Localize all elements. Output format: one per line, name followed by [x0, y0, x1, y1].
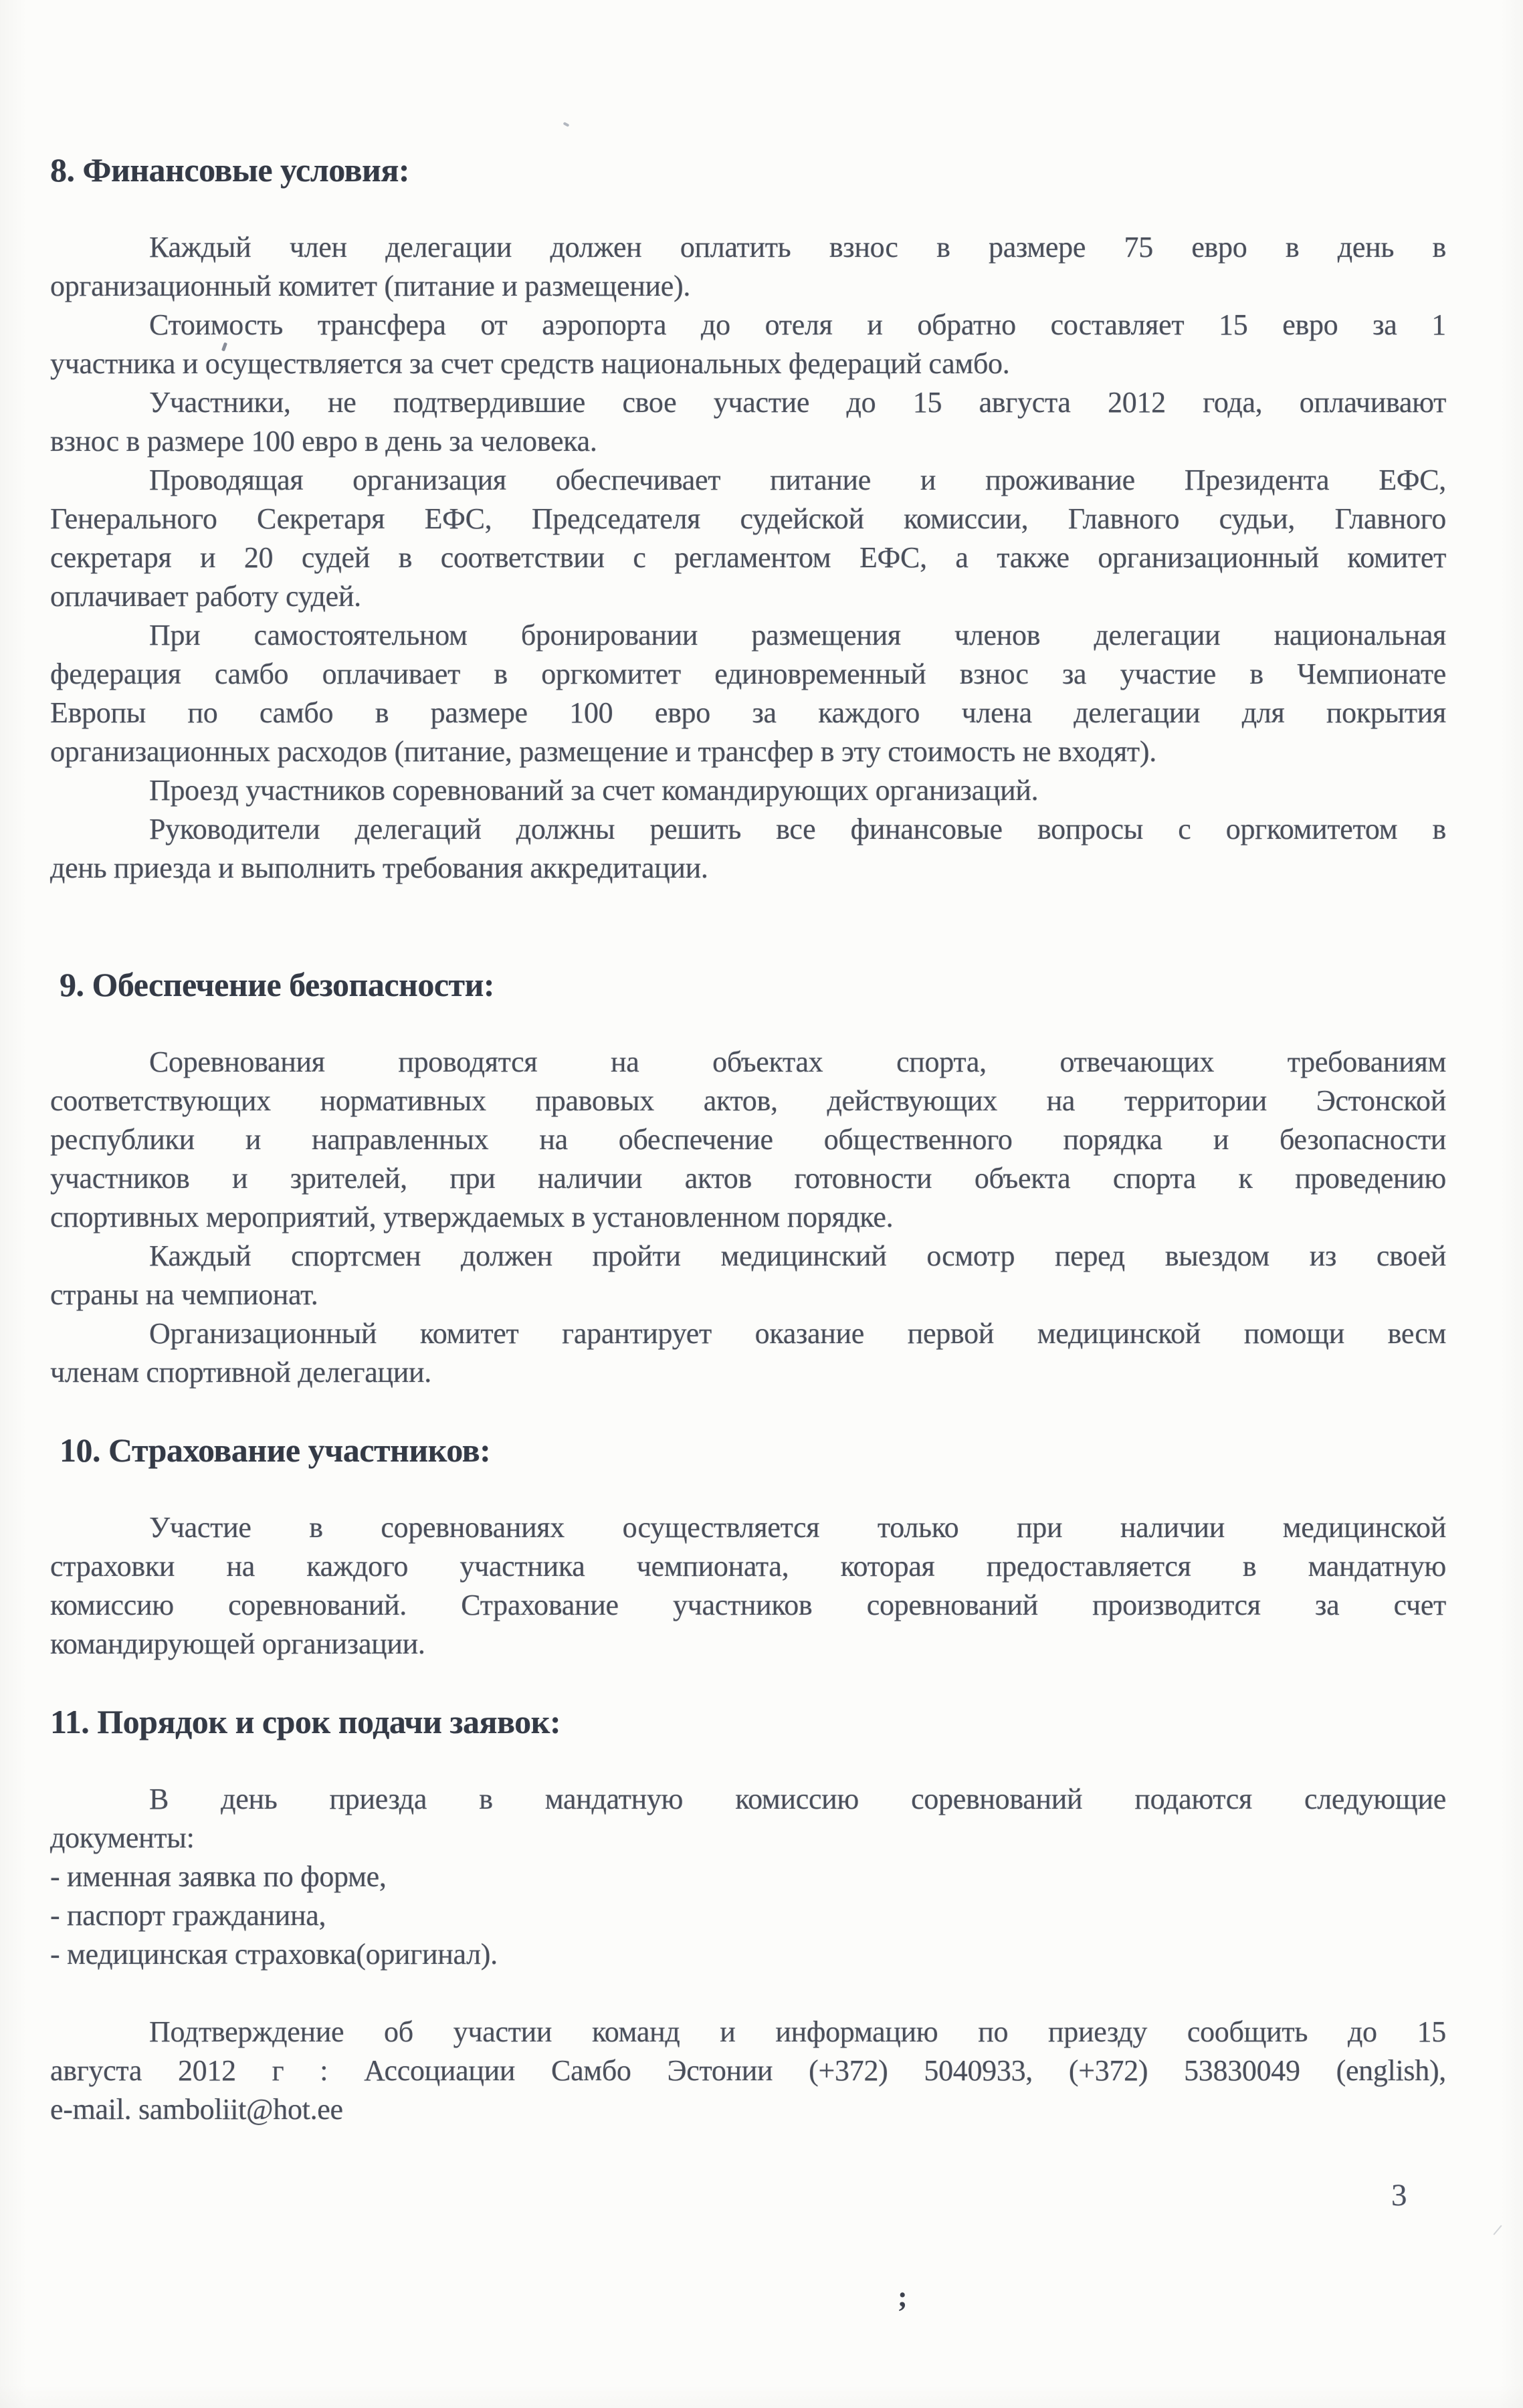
text-line: комиссию соревнований. Страхование участ…	[50, 1586, 1446, 1625]
section-applications: 11. Порядок и срок подачи заявок: В день…	[50, 1702, 1446, 2129]
text-line: августа 2012 г : Ассоциации Самбо Эстони…	[50, 2051, 1446, 2090]
paragraph: Организационный комитет гарантирует оказ…	[50, 1314, 1446, 1392]
required-documents-list: - именная заявка по форме, - паспорт гра…	[50, 1858, 1446, 1974]
document-content: 8. Финансовые условия: Каждый член делег…	[50, 150, 1446, 2129]
text-line: республики и направленных на обеспечение…	[50, 1120, 1446, 1159]
text-line: соответствующих нормативных правовых акт…	[50, 1082, 1446, 1120]
section-security: 9. Обеспечение безопасности: Соревновани…	[50, 965, 1446, 1392]
text-line: Стоимость трансфера от аэропорта до отел…	[50, 306, 1446, 344]
text-line: Участники, не подтвердившие свое участие…	[50, 383, 1446, 422]
paragraph: Каждый спортсмен должен пройти медицинск…	[50, 1237, 1446, 1314]
text-line: членам спортивной делегации.	[50, 1353, 1446, 1392]
text-line: Проводящая организация обеспечивает пита…	[50, 461, 1446, 500]
text-line: Каждый член делегации должен оплатить вз…	[50, 228, 1446, 267]
scan-speck-top	[563, 122, 570, 127]
paragraph: Участники, не подтвердившие свое участие…	[50, 383, 1446, 461]
text-line: документы:	[50, 1819, 1446, 1858]
text-line: Генерального Секретаря ЕФС, Председателя…	[50, 500, 1446, 538]
text-line: Руководители делегаций должны решить все…	[50, 810, 1446, 849]
page-number: 3	[1391, 2176, 1407, 2215]
text-line: день приезда и выполнить требования аккр…	[50, 849, 1446, 888]
text-line: организационный комитет (питание и разме…	[50, 267, 1446, 306]
paragraph: Стоимость трансфера от аэропорта до отел…	[50, 306, 1446, 383]
text-line: Участие в соревнованиях осуществляется т…	[50, 1508, 1446, 1547]
paragraph: Участие в соревнованиях осуществляется т…	[50, 1508, 1446, 1664]
paragraph: Соревнования проводятся на объектах спор…	[50, 1043, 1446, 1237]
text-line: Проезд участников соревнований за счет к…	[50, 771, 1446, 810]
text-line: участников и зрителей, при наличии актов…	[50, 1159, 1446, 1198]
text-line: взнос в размере 100 евро в день за челов…	[50, 422, 1446, 461]
text-line: Подтверждение об участии команд и информ…	[50, 2013, 1446, 2051]
text-line: страховки на каждого участника чемпионат…	[50, 1547, 1446, 1586]
scan-speck-bottom	[1493, 2225, 1502, 2235]
section-heading: 8. Финансовые условия:	[50, 150, 1446, 189]
list-item: - именная заявка по форме,	[50, 1858, 1446, 1896]
text-line: организационных расходов (питание, разме…	[50, 732, 1446, 771]
paragraph: Проводящая организация обеспечивает пита…	[50, 461, 1446, 616]
section-insurance: 10. Страхование участников: Участие в со…	[50, 1431, 1446, 1664]
list-item: - паспорт гражданина,	[50, 1896, 1446, 1935]
text-line: спортивных мероприятий, утверждаемых в у…	[50, 1198, 1446, 1237]
list-item: - медицинская страховка(оригинал).	[50, 1935, 1446, 1974]
paragraph: При самостоятельном бронировании размеще…	[50, 616, 1446, 771]
document-page: 8. Финансовые условия: Каждый член делег…	[0, 0, 1523, 2408]
text-line: участника и осуществляется за счет средс…	[50, 344, 1446, 383]
text-line: страны на чемпионат.	[50, 1276, 1446, 1314]
paragraph: В день приезда в мандатную комиссию соре…	[50, 1780, 1446, 1858]
text-line: федерация самбо оплачивает в оргкомитет …	[50, 655, 1446, 694]
section-financial-conditions: 8. Финансовые условия: Каждый член делег…	[50, 150, 1446, 888]
text-line: командирующей организации.	[50, 1625, 1446, 1664]
text-line: Европы по самбо в размере 100 евро за ка…	[50, 694, 1446, 732]
text-line: Соревнования проводятся на объектах спор…	[50, 1043, 1446, 1082]
footer-mark: ;	[898, 2278, 908, 2316]
text-line: секретаря и 20 судей в соответствии с ре…	[50, 538, 1446, 577]
text-line: При самостоятельном бронировании размеще…	[50, 616, 1446, 655]
section-heading: 9. Обеспечение безопасности:	[60, 965, 1446, 1004]
section-heading: 11. Порядок и срок подачи заявок:	[50, 1702, 1446, 1741]
section-heading: 10. Страхование участников:	[60, 1431, 1446, 1470]
closing-paragraph: Подтверждение об участии команд и информ…	[50, 2013, 1446, 2129]
text-line: оплачивает работу судей.	[50, 577, 1446, 616]
paragraph: Проезд участников соревнований за счет к…	[50, 771, 1446, 810]
paragraph: Руководители делегаций должны решить все…	[50, 810, 1446, 888]
text-line: Организационный комитет гарантирует оказ…	[50, 1314, 1446, 1353]
text-line: В день приезда в мандатную комиссию соре…	[50, 1780, 1446, 1819]
paragraph: Каждый член делегации должен оплатить вз…	[50, 228, 1446, 306]
text-line: Каждый спортсмен должен пройти медицинск…	[50, 1237, 1446, 1276]
text-line: e-mail. samboliit@hot.ee	[50, 2090, 1446, 2129]
